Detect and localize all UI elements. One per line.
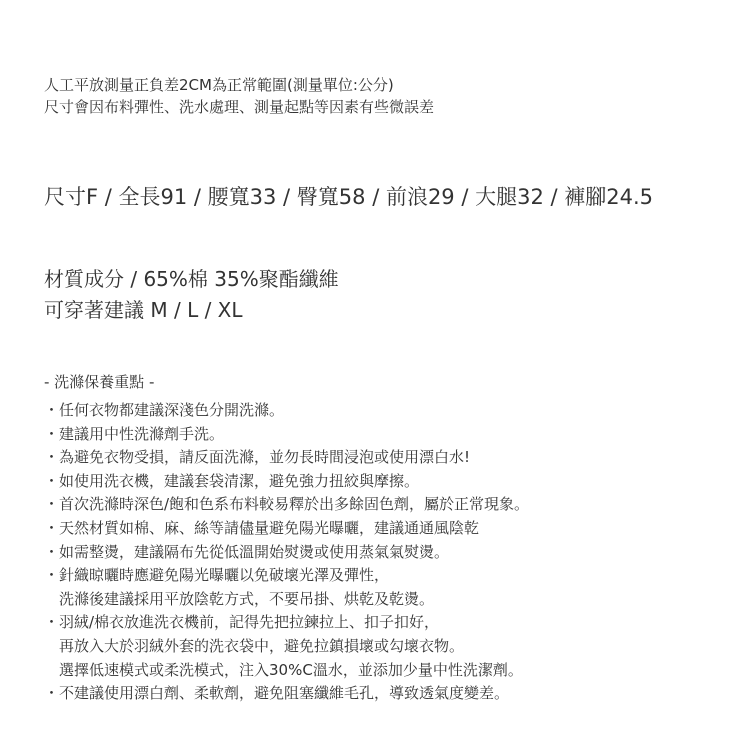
care-heading: - 洗滌保養重點 - [44, 371, 529, 393]
care-line: ・ 不建議使用漂白劑、柔軟劑，避免阻塞纖維毛孔，導致透氣度變差。 [44, 682, 529, 706]
care-line-text: 為避免衣物受損，請反面洗滌，並勿長時間浸泡或使用漂白水! [59, 446, 470, 470]
care-line-text: 再放入大於羽絨外套的洗衣袋中，避免拉鎮損壞或勾壞衣物。 [59, 635, 464, 659]
care-line: ・ 如需整燙，建議隔布先從低溫開始熨燙或使用蒸氣氣熨燙。 [44, 541, 529, 565]
size-spec-line: 尺寸F / 全長91 / 腰寬33 / 臀寬58 / 前浪29 / 大腿32 /… [44, 184, 653, 210]
care-line: ・ 首次洗滌時深色/飽和色系布料較易釋於出多餘固色劑，屬於正常現象。 [44, 493, 529, 517]
care-line-text: 首次洗滌時深色/飽和色系布料較易釋於出多餘固色劑，屬於正常現象。 [59, 493, 529, 517]
care-line: ・ 為避免衣物受損，請反面洗滌，並勿長時間浸泡或使用漂白水! [44, 446, 529, 470]
care-line-text: 任何衣物都建議深淺色分開洗滌。 [59, 399, 284, 423]
measurement-note-line-1: 人工平放測量正負差2CM為正常範圍(測量單位:公分) [44, 74, 434, 96]
care-line-text: 不建議使用漂白劑、柔軟劑，避免阻塞纖維毛孔，導致透氣度變差。 [59, 682, 509, 706]
bullet-dot: ・ [44, 564, 59, 588]
measurement-note-line-2: 尺寸會因布料彈性、洗水處理、測量起點等因素有些微誤差 [44, 96, 434, 118]
care-section: - 洗滌保養重點 - ・ 任何衣物都建議深淺色分開洗滌。 ・ 建議用中性洗滌劑手… [44, 371, 529, 706]
bullet-dot [44, 588, 59, 612]
bullet-dot: ・ [44, 611, 59, 635]
care-line-text: 如使用洗衣機，建議套袋清潔，避免強力扭絞與摩擦。 [59, 470, 419, 494]
care-line-text: 羽絨/棉衣放進洗衣機前，記得先把拉鍊拉上、扣子扣好， [59, 611, 439, 635]
care-line-text: 洗滌後建議採用平放陰乾方式，不要吊掛、烘乾及乾燙。 [59, 588, 434, 612]
bullet-dot: ・ [44, 517, 59, 541]
bullet-dot: ・ [44, 399, 59, 423]
care-line-text: 針織晾曬時應避免陽光曝曬以免破壞光澤及彈性， [59, 564, 389, 588]
product-info-page: 人工平放測量正負差2CM為正常範圍(測量單位:公分) 尺寸會因布料彈性、洗水處理… [0, 0, 750, 750]
care-line-text: 選擇低速模式或柔洗模式，注入30%C溫水，並添加少量中性洗潔劑。 [59, 659, 523, 683]
care-line: ・ 任何衣物都建議深淺色分開洗滌。 [44, 399, 529, 423]
care-line: 洗滌後建議採用平放陰乾方式，不要吊掛、烘乾及乾燙。 [44, 588, 529, 612]
care-line: ・ 建議用中性洗滌劑手洗。 [44, 423, 529, 447]
care-line: ・ 羽絨/棉衣放進洗衣機前，記得先把拉鍊拉上、扣子扣好， [44, 611, 529, 635]
care-line-text: 如需整燙，建議隔布先從低溫開始熨燙或使用蒸氣氣熨燙。 [59, 541, 449, 565]
care-line: ・ 天然材質如棉、麻、絲等請儘量避免陽光曝曬，建議通通風陰乾 [44, 517, 529, 541]
material-composition: 材質成分 / 65%棉 35%聚酯纖維 [44, 264, 339, 295]
care-line: ・ 如使用洗衣機，建議套袋清潔，避免強力扭絞與摩擦。 [44, 470, 529, 494]
bullet-dot [44, 659, 59, 683]
care-line: ・ 針織晾曬時應避免陽光曝曬以免破壞光澤及彈性， [44, 564, 529, 588]
care-line: 選擇低速模式或柔洗模式，注入30%C溫水，並添加少量中性洗潔劑。 [44, 659, 529, 683]
care-line: 再放入大於羽絨外套的洗衣袋中，避免拉鎮損壞或勾壞衣物。 [44, 635, 529, 659]
bullet-dot: ・ [44, 682, 59, 706]
bullet-dot: ・ [44, 493, 59, 517]
bullet-dot: ・ [44, 423, 59, 447]
measurement-note: 人工平放測量正負差2CM為正常範圍(測量單位:公分) 尺寸會因布料彈性、洗水處理… [44, 74, 434, 118]
bullet-dot: ・ [44, 470, 59, 494]
bullet-dot [44, 635, 59, 659]
bullet-dot: ・ [44, 541, 59, 565]
fit-suggestion: 可穿著建議 M / L / XL [44, 295, 339, 326]
bullet-dot: ・ [44, 446, 59, 470]
care-line-text: 建議用中性洗滌劑手洗。 [59, 423, 224, 447]
material-section: 材質成分 / 65%棉 35%聚酯纖維 可穿著建議 M / L / XL [44, 264, 339, 326]
care-line-text: 天然材質如棉、麻、絲等請儘量避免陽光曝曬，建議通通風陰乾 [59, 517, 479, 541]
